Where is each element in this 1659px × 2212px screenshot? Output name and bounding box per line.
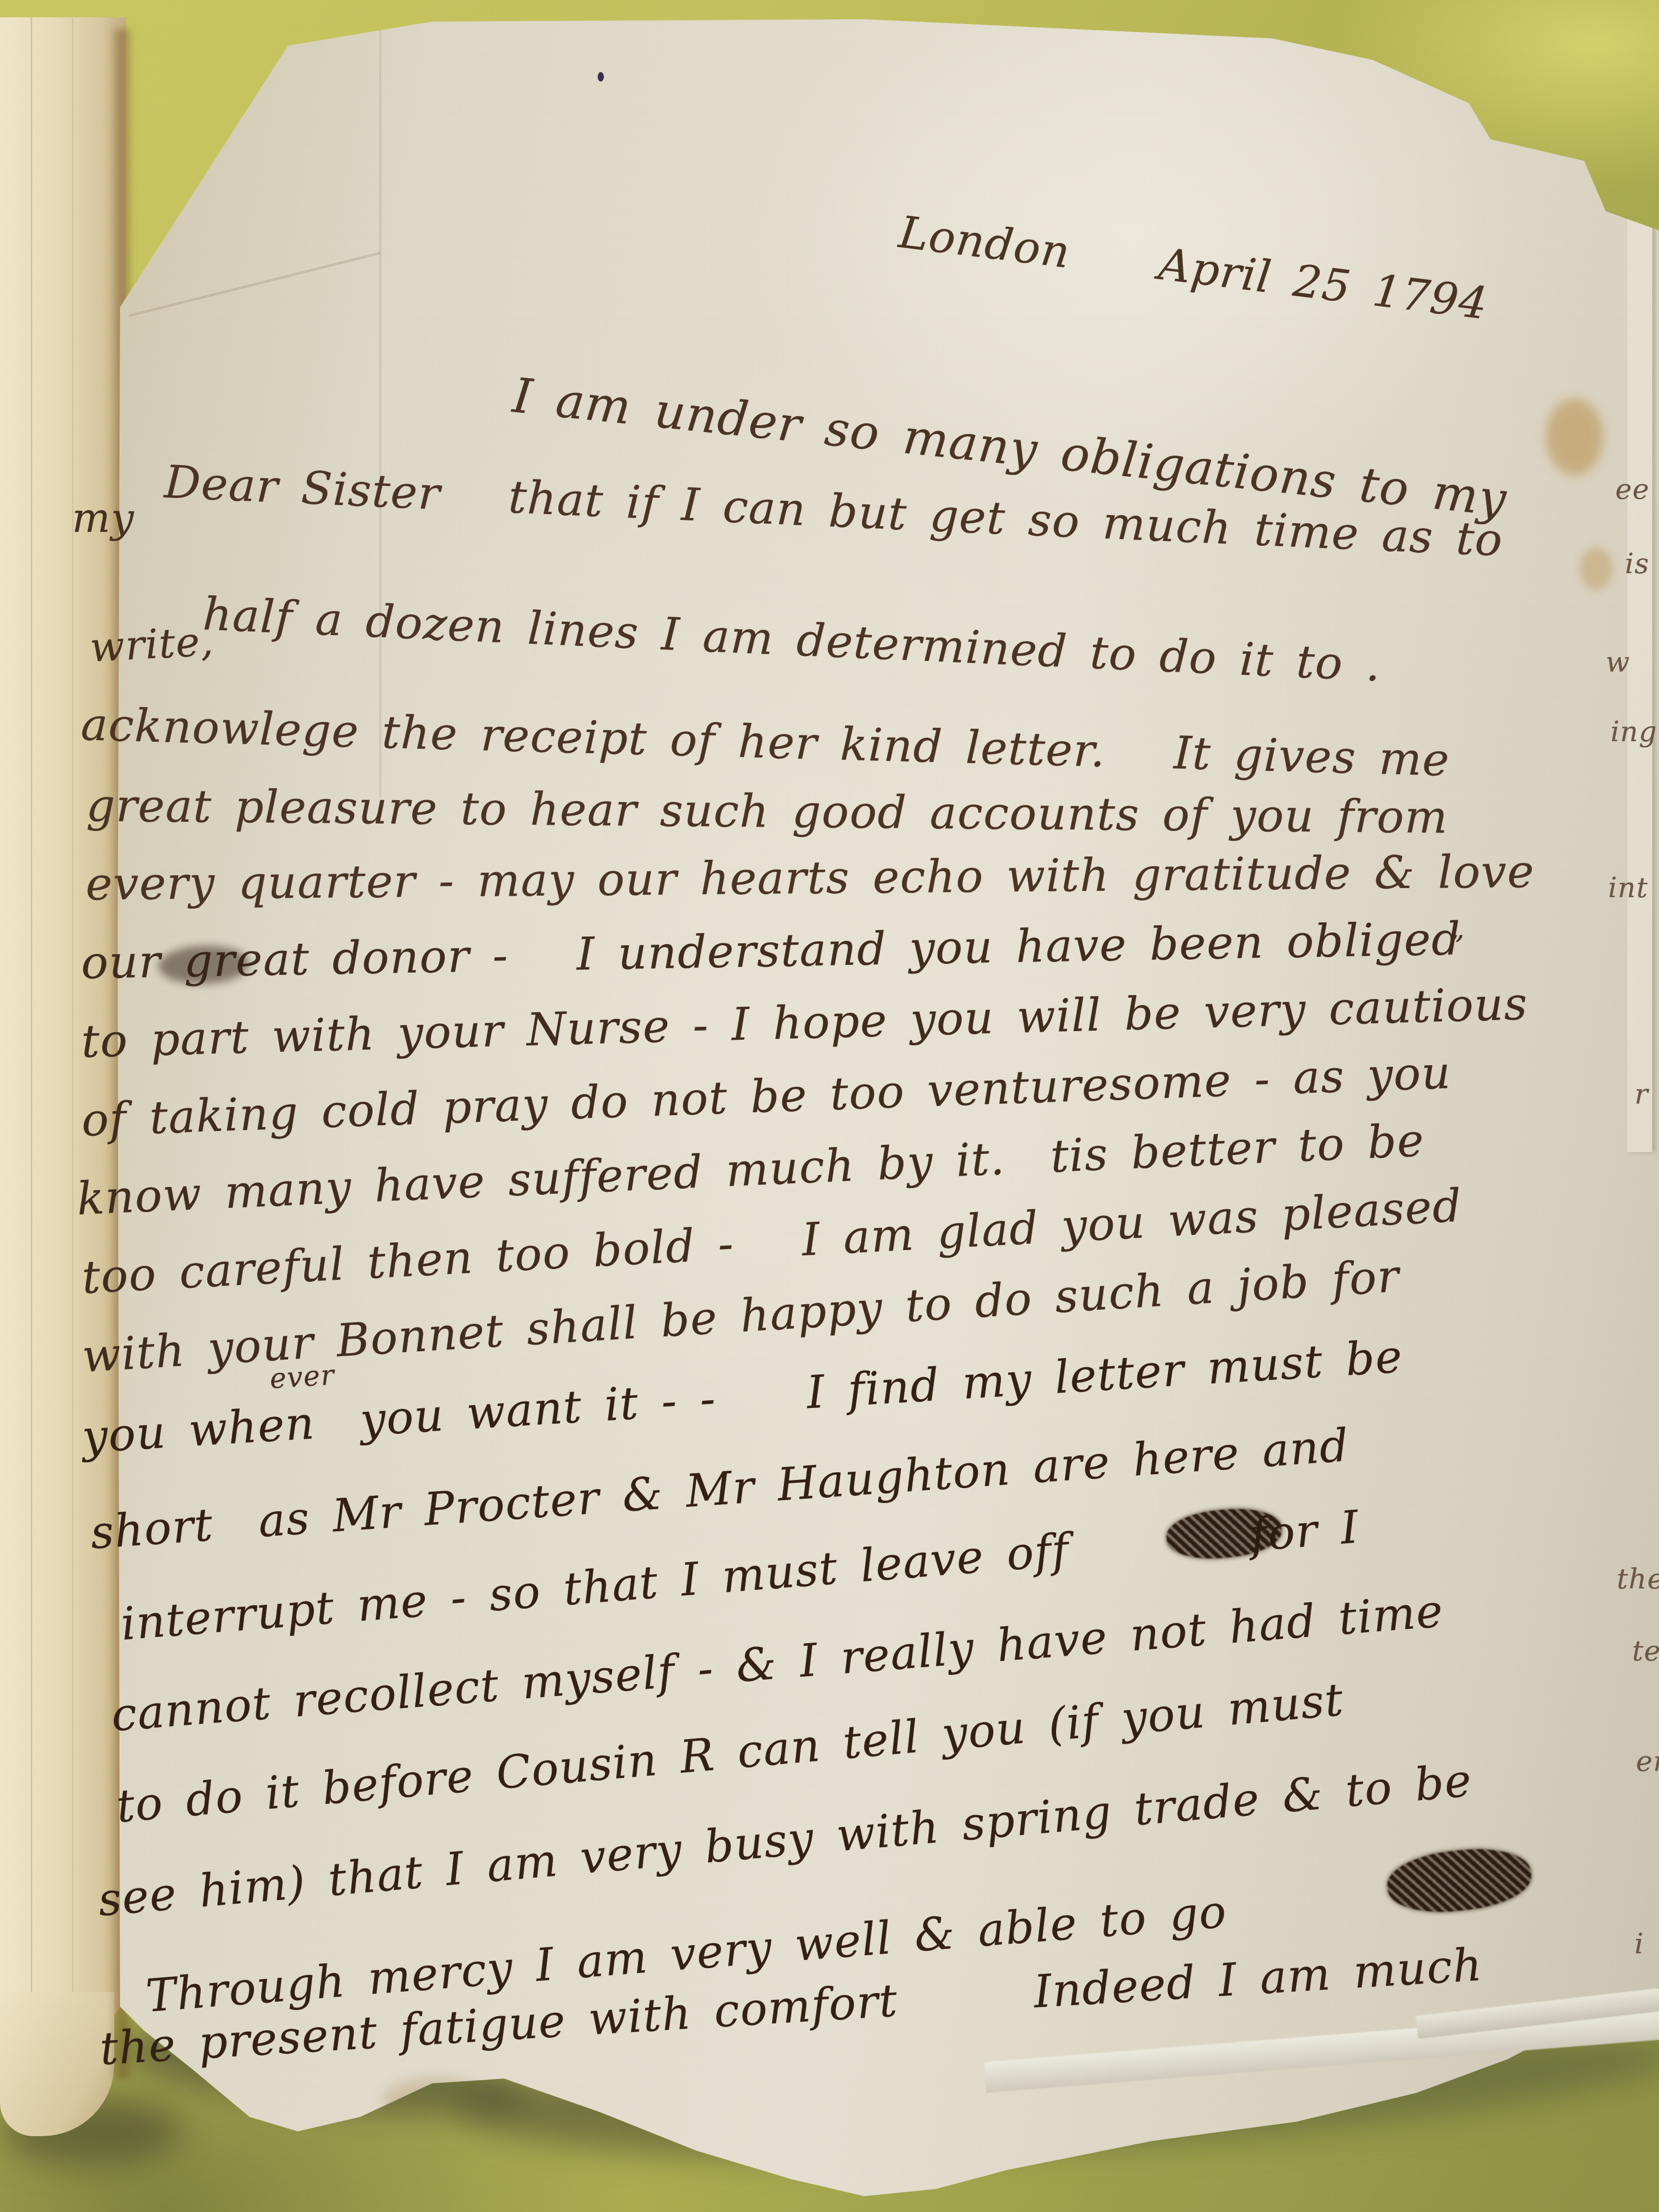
letter-line: acknowlege the receipt of her kind lette… bbox=[80, 698, 1451, 787]
edge-fragment: ee bbox=[1615, 473, 1650, 505]
superscript-insertion: ever bbox=[269, 1358, 336, 1395]
superscript-insertion: „ bbox=[1450, 912, 1466, 946]
edge-fragment: i bbox=[1635, 1927, 1644, 1960]
edge-fragment: en bbox=[1636, 1745, 1659, 1778]
margin-word: my bbox=[72, 494, 134, 541]
edge-fragment: r bbox=[1635, 1078, 1648, 1110]
letter-line: our great donor - I understand you have … bbox=[81, 913, 1461, 989]
edge-fragment: w bbox=[1606, 646, 1630, 678]
edge-fragment: int bbox=[1608, 871, 1648, 904]
margin-word: write, bbox=[89, 617, 215, 671]
letter-line: great pleasure to hear such good account… bbox=[86, 780, 1448, 844]
letter-line: half a dozen lines I am determined to do… bbox=[202, 588, 1382, 692]
edge-fragment: te bbox=[1632, 1635, 1659, 1667]
edge-fragment: the bbox=[1617, 1563, 1659, 1595]
letter-line: every quarter - may our hearts echo with… bbox=[85, 846, 1535, 911]
dateline: London April 25 1794 bbox=[896, 206, 1491, 330]
edge-fragment: is bbox=[1625, 547, 1649, 580]
edge-fragment: ing bbox=[1611, 715, 1658, 748]
photograph-of-letter: London April 25 1794 I am under so many … bbox=[0, 0, 1659, 2212]
